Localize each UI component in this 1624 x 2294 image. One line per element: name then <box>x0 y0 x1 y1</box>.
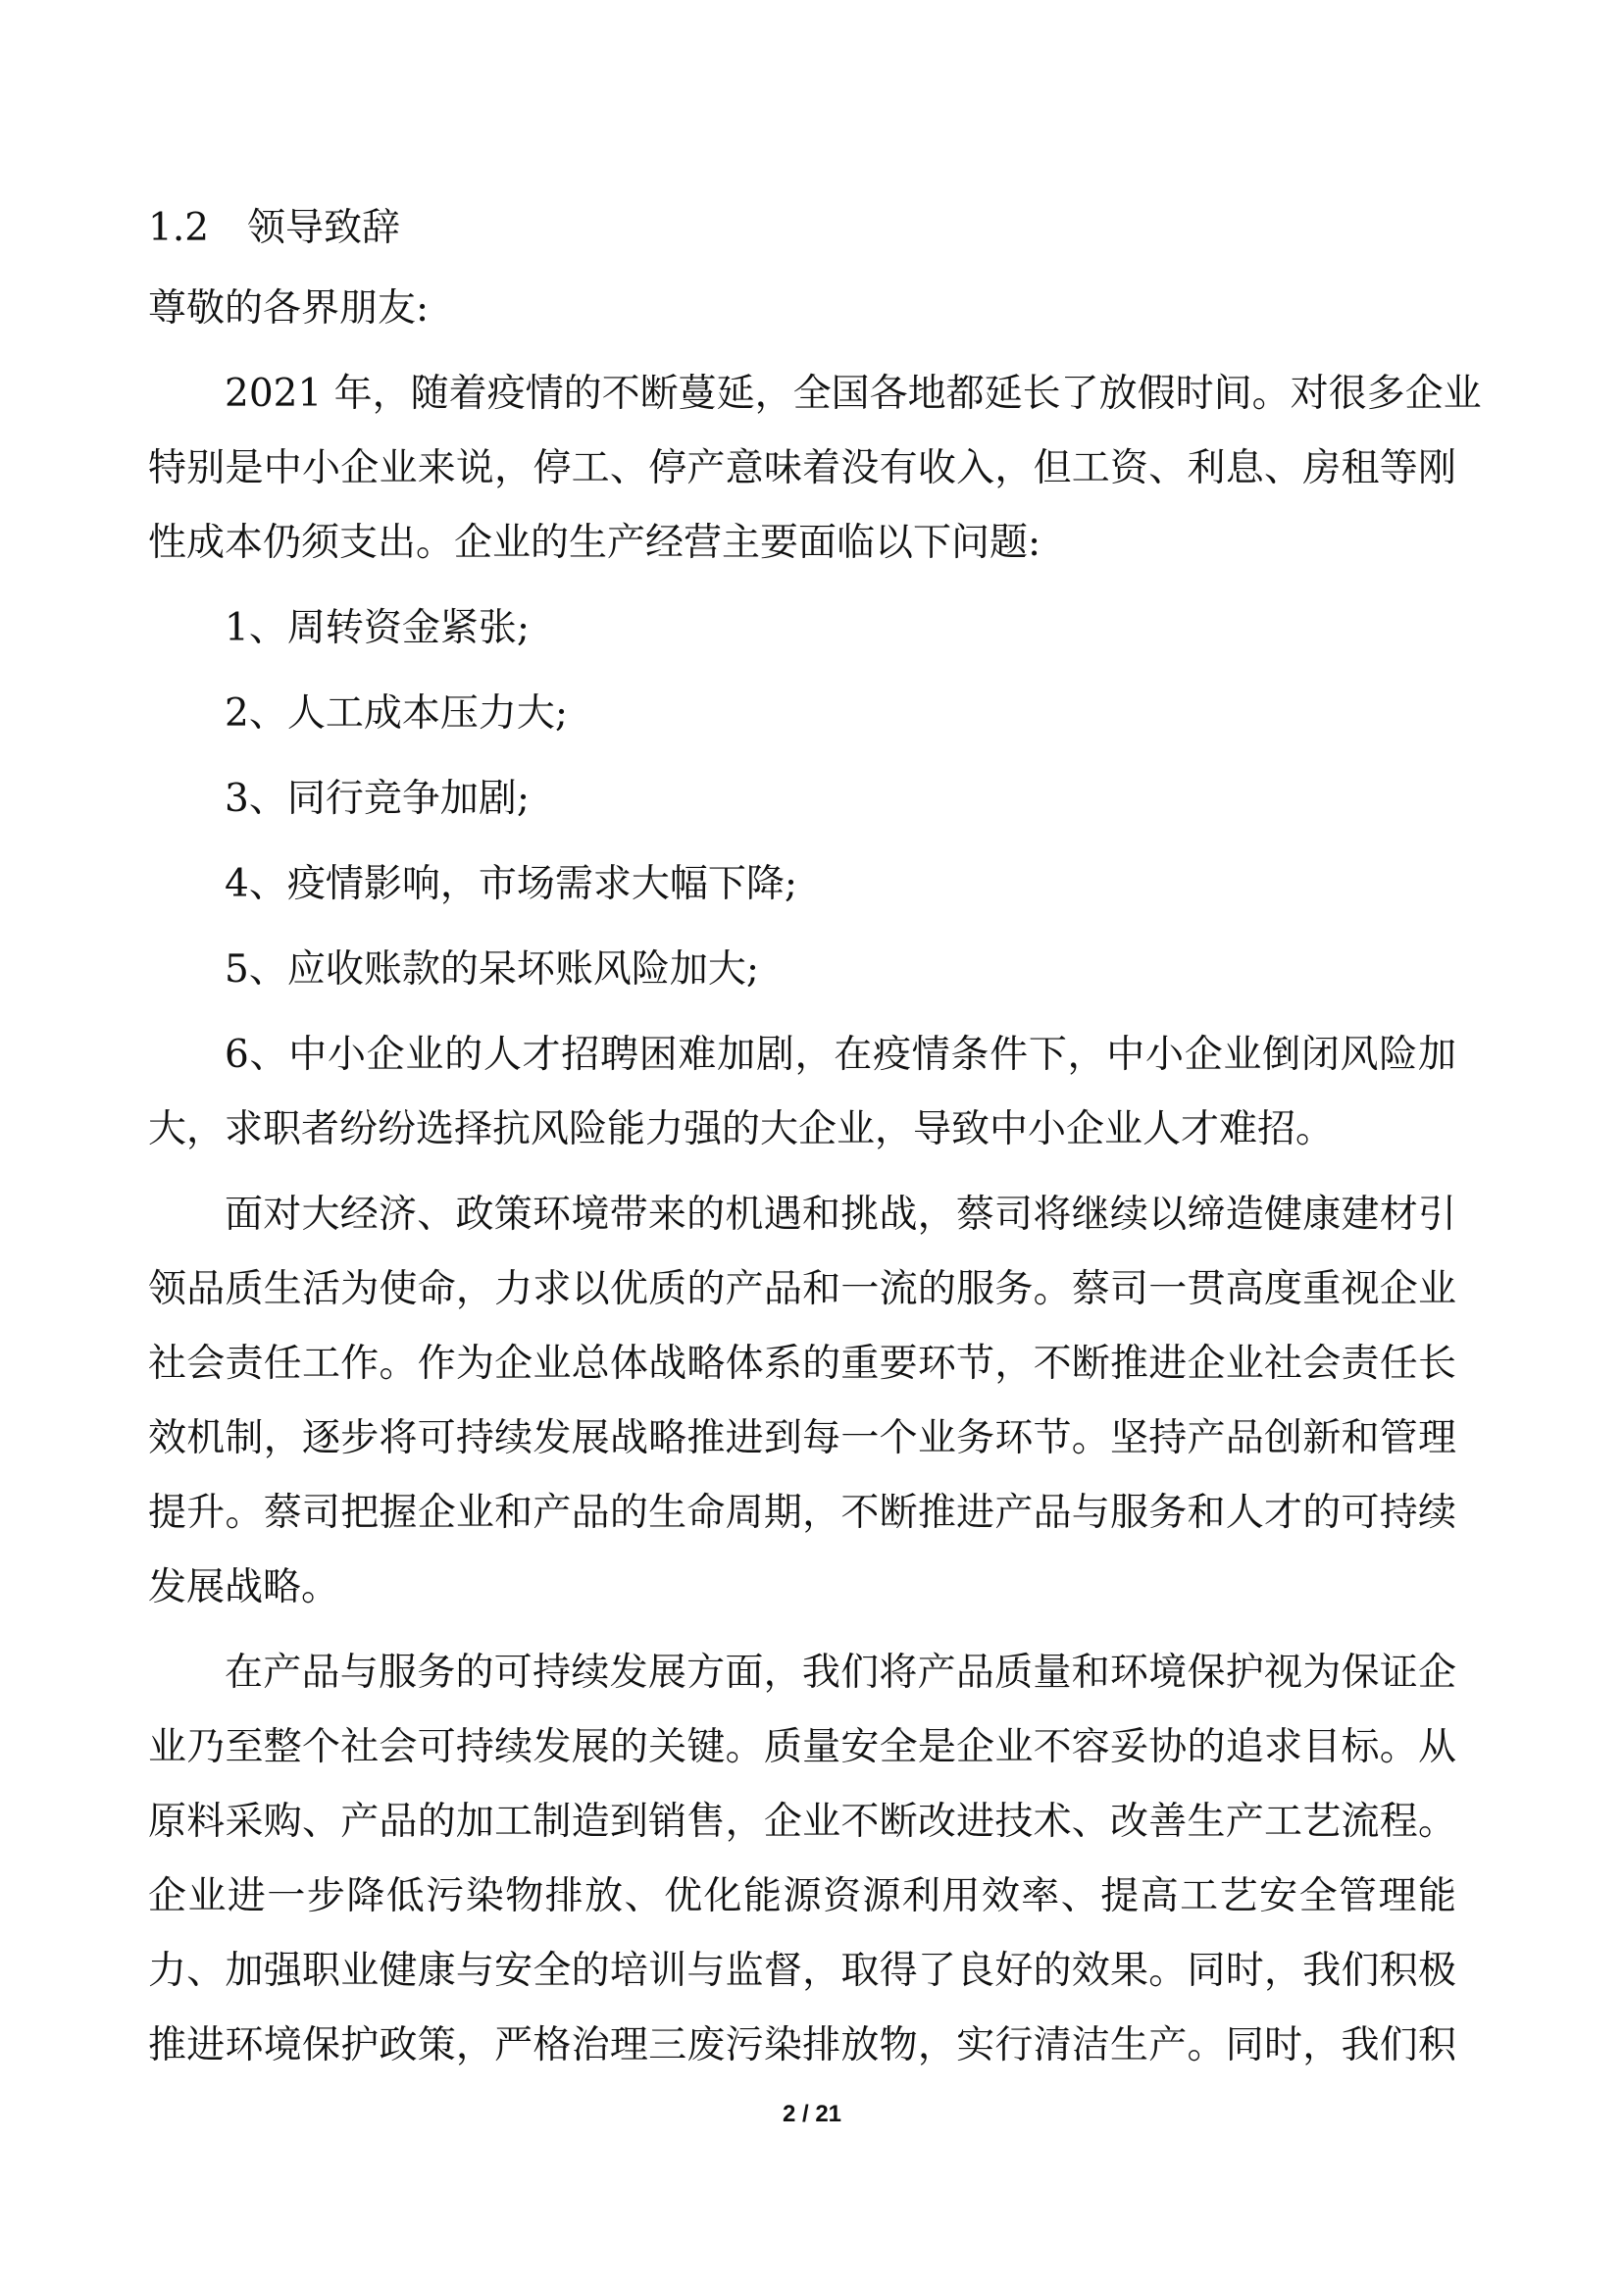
list-item-problem-1: 1、周转资金紧张; <box>148 591 1456 666</box>
list-item-problem-2: 2、人工成本压力大; <box>148 677 1456 751</box>
list-item-text: 5、应收账款的呆坏账风险加大; <box>148 933 1456 1007</box>
salutation: 尊敬的各界朋友: <box>148 272 1456 346</box>
document-page: 1.2 领导致辞 尊敬的各界朋友: 2021 年，随着疫情的不断蔓延，全国各地都… <box>0 0 1624 2294</box>
paragraph-line: 原料采购、产品的加工制造到销售，企业不断改进技术、改善生产工艺流程。 <box>148 1785 1456 1860</box>
paragraph-line: 力、加强职业健康与安全的培训与监督，取得了良好的效果。同时，我们积极 <box>148 1934 1456 2009</box>
list-item-text: 2、人工成本压力大; <box>148 677 1456 751</box>
paragraph-line: 推进环境保护政策，严格治理三废污染排放物，实行清洁生产。同时，我们积 <box>148 2009 1456 2083</box>
paragraph-line: 社会责任工作。作为企业总体战略体系的重要环节，不断推进企业社会责任长 <box>148 1327 1456 1402</box>
paragraph-intro: 2021 年，随着疫情的不断蔓延，全国各地都延长了放假时间。对很多企业 特别是中… <box>148 357 1456 581</box>
paragraph-line: 业乃至整个社会可持续发展的关键。质量安全是企业不容妥协的追求目标。从 <box>148 1710 1456 1785</box>
list-item-problem-3: 3、同行竞争加剧; <box>148 762 1456 837</box>
list-item-text: 4、疫情影响，市场需求大幅下降; <box>148 847 1456 922</box>
paragraph-line: 领品质生活为使命，力求以优质的产品和一流的服务。蔡司一贯高度重视企业 <box>148 1252 1456 1327</box>
list-item-problem-6: 6、中小企业的人才招聘困难加剧，在疫情条件下，中小企业倒闭风险加 大，求职者纷纷… <box>148 1018 1456 1167</box>
paragraph-sustainability: 在产品与服务的可持续发展方面，我们将产品质量和环境保护视为保证企 业乃至整个社会… <box>148 1636 1456 2083</box>
list-item-problem-4: 4、疫情影响，市场需求大幅下降; <box>148 847 1456 922</box>
paragraph-line: 2021 年，随着疫情的不断蔓延，全国各地都延长了放假时间。对很多企业 <box>148 357 1456 432</box>
paragraph-line: 性成本仍须支出。企业的生产经营主要面临以下问题: <box>148 506 1456 581</box>
paragraph-line: 发展战略。 <box>148 1551 1456 1625</box>
paragraph-line: 面对大经济、政策环境带来的机遇和挑战，蔡司将继续以缔造健康建材引 <box>148 1178 1456 1252</box>
section-title: 领导致辞 <box>247 191 400 266</box>
list-item-text: 3、同行竞争加剧; <box>148 762 1456 837</box>
paragraph-line: 企业进一步降低污染物排放、优化能源资源利用效率、提高工艺安全管理能 <box>148 1860 1456 1934</box>
section-heading: 1.2 领导致辞 <box>148 191 1456 266</box>
paragraph-line: 在产品与服务的可持续发展方面，我们将产品质量和环境保护视为保证企 <box>148 1636 1456 1710</box>
section-number: 1.2 <box>148 191 247 266</box>
paragraph-line: 特别是中小企业来说，停工、停产意味着没有收入，但工资、利息、房租等刚 <box>148 432 1456 506</box>
paragraph-line: 提升。蔡司把握企业和产品的生命周期，不断推进产品与服务和人才的可持续 <box>148 1476 1456 1551</box>
paragraph-strategy: 面对大经济、政策环境带来的机遇和挑战，蔡司将继续以缔造健康建材引 领品质生活为使… <box>148 1178 1456 1625</box>
list-item-text: 大，求职者纷纷选择抗风险能力强的大企业，导致中小企业人才难招。 <box>148 1093 1456 1167</box>
list-item-text: 1、周转资金紧张; <box>148 591 1456 666</box>
list-item-problem-5: 5、应收账款的呆坏账风险加大; <box>148 933 1456 1007</box>
page-number: 2 / 21 <box>0 2100 1624 2129</box>
page-body: 1.2 领导致辞 尊敬的各界朋友: 2021 年，随着疫情的不断蔓延，全国各地都… <box>148 191 1456 2083</box>
list-item-text: 6、中小企业的人才招聘困难加剧，在疫情条件下，中小企业倒闭风险加 <box>148 1018 1456 1093</box>
paragraph-line: 效机制，逐步将可持续发展战略推进到每一个业务环节。坚持产品创新和管理 <box>148 1402 1456 1476</box>
